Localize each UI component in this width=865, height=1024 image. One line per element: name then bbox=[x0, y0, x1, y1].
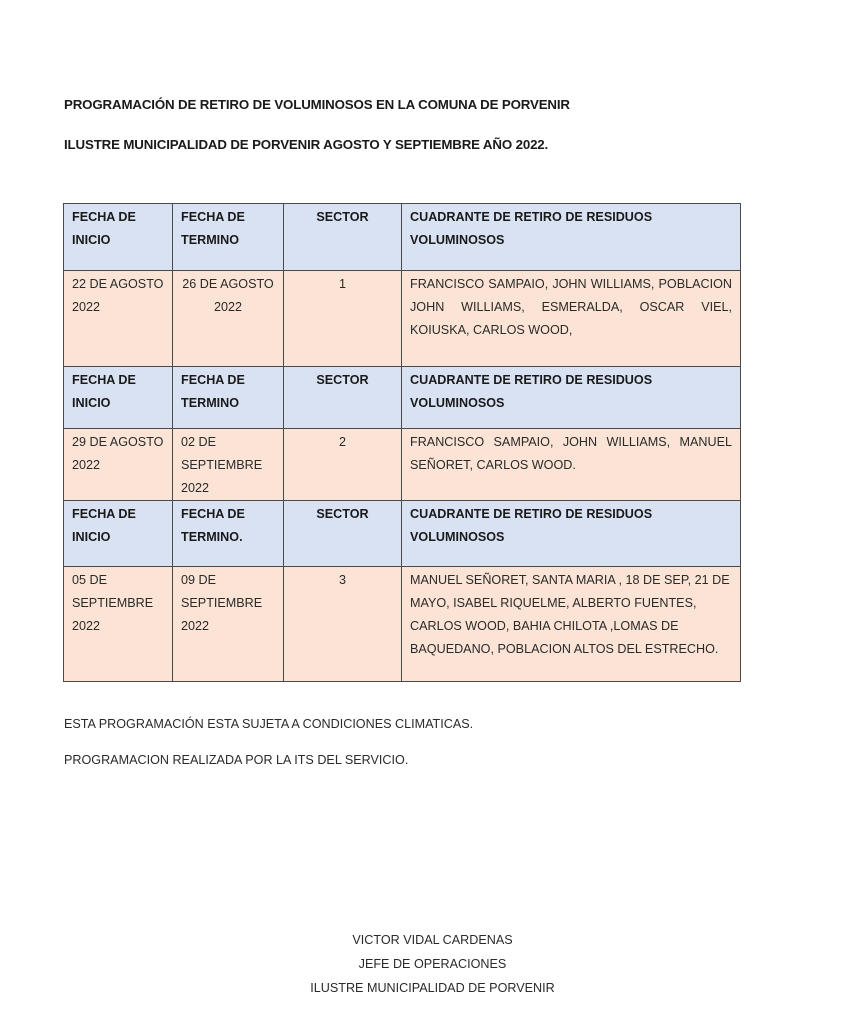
quadrant-text: FRANCISCO SAMPAIO, JOHN WILLIAMS, MANUEL… bbox=[410, 431, 732, 477]
header-sector: SECTOR bbox=[284, 204, 402, 271]
end-date-cell: 26 DE AGOSTO 2022 bbox=[173, 271, 284, 367]
header-sector: SECTOR bbox=[284, 367, 402, 429]
header-start-date: FECHA DE INICIO bbox=[64, 501, 173, 567]
header-quadrant: CUADRANTE DE RETIRO DE RESIDUOS VOLUMINO… bbox=[402, 367, 741, 429]
sector-cell: 1 bbox=[284, 271, 402, 367]
header-quadrant: CUADRANTE DE RETIRO DE RESIDUOS VOLUMINO… bbox=[402, 204, 741, 271]
sector-cell: 3 bbox=[284, 567, 402, 682]
quadrant-text: FRANCISCO SAMPAIO, JOHN WILLIAMS, POBLAC… bbox=[410, 273, 732, 342]
quadrant-cell: FRANCISCO SAMPAIO, JOHN WILLIAMS, POBLAC… bbox=[402, 271, 741, 367]
signatory-position: JEFE DE OPERACIONES bbox=[0, 952, 865, 976]
table-row: 22 DE AGOSTO 2022 26 DE AGOSTO 2022 1 FR… bbox=[64, 271, 741, 367]
sector-cell: 2 bbox=[284, 429, 402, 501]
header-end-date: FECHA DE TERMINO bbox=[173, 204, 284, 271]
quadrant-text: MANUEL SEÑORET, SANTA MARIA , 18 DE SEP,… bbox=[410, 573, 730, 656]
table-row: 05 DE SEPTIEMBRE 2022 09 DE SEPTIEMBRE 2… bbox=[64, 567, 741, 682]
start-date-cell: 29 DE AGOSTO 2022 bbox=[64, 429, 173, 501]
quadrant-cell: MANUEL SEÑORET, SANTA MARIA , 18 DE SEP,… bbox=[402, 567, 741, 682]
header-quadrant: CUADRANTE DE RETIRO DE RESIDUOS VOLUMINO… bbox=[402, 501, 741, 567]
signatory-institution: ILUSTRE MUNICIPALIDAD DE PORVENIR bbox=[0, 976, 865, 1000]
weather-disclaimer: ESTA PROGRAMACIÓN ESTA SUJETA A CONDICIO… bbox=[64, 717, 473, 731]
start-date-cell: 05 DE SEPTIEMBRE 2022 bbox=[64, 567, 173, 682]
table-header-row: FECHA DE INICIO FECHA DE TERMINO SECTOR … bbox=[64, 204, 741, 271]
quadrant-cell: FRANCISCO SAMPAIO, JOHN WILLIAMS, MANUEL… bbox=[402, 429, 741, 501]
header-start-date: FECHA DE INICIO bbox=[64, 367, 173, 429]
end-date-cell: 09 DE SEPTIEMBRE 2022 bbox=[173, 567, 284, 682]
document-subtitle: ILUSTRE MUNICIPALIDAD DE PORVENIR AGOSTO… bbox=[64, 137, 548, 152]
table-row: 29 DE AGOSTO 2022 02 DE SEPTIEMBRE 2022 … bbox=[64, 429, 741, 501]
signatory-name: VICTOR VIDAL CARDENAS bbox=[0, 928, 865, 952]
header-start-date: FECHA DE INICIO bbox=[64, 204, 173, 271]
prepared-by-note: PROGRAMACION REALIZADA POR LA ITS DEL SE… bbox=[64, 753, 408, 767]
start-date-cell: 22 DE AGOSTO 2022 bbox=[64, 271, 173, 367]
schedule-table: FECHA DE INICIO FECHA DE TERMINO SECTOR … bbox=[63, 203, 741, 682]
end-date-cell: 02 DE SEPTIEMBRE 2022 bbox=[173, 429, 284, 501]
header-end-date: FECHA DE TERMINO. bbox=[173, 501, 284, 567]
document-title: PROGRAMACIÓN DE RETIRO DE VOLUMINOSOS EN… bbox=[64, 97, 570, 112]
table-header-row: FECHA DE INICIO FECHA DE TERMINO SECTOR … bbox=[64, 367, 741, 429]
header-sector: SECTOR bbox=[284, 501, 402, 567]
signature-block: VICTOR VIDAL CARDENAS JEFE DE OPERACIONE… bbox=[0, 928, 865, 1000]
header-end-date: FECHA DE TERMINO bbox=[173, 367, 284, 429]
table-header-row: FECHA DE INICIO FECHA DE TERMINO. SECTOR… bbox=[64, 501, 741, 567]
